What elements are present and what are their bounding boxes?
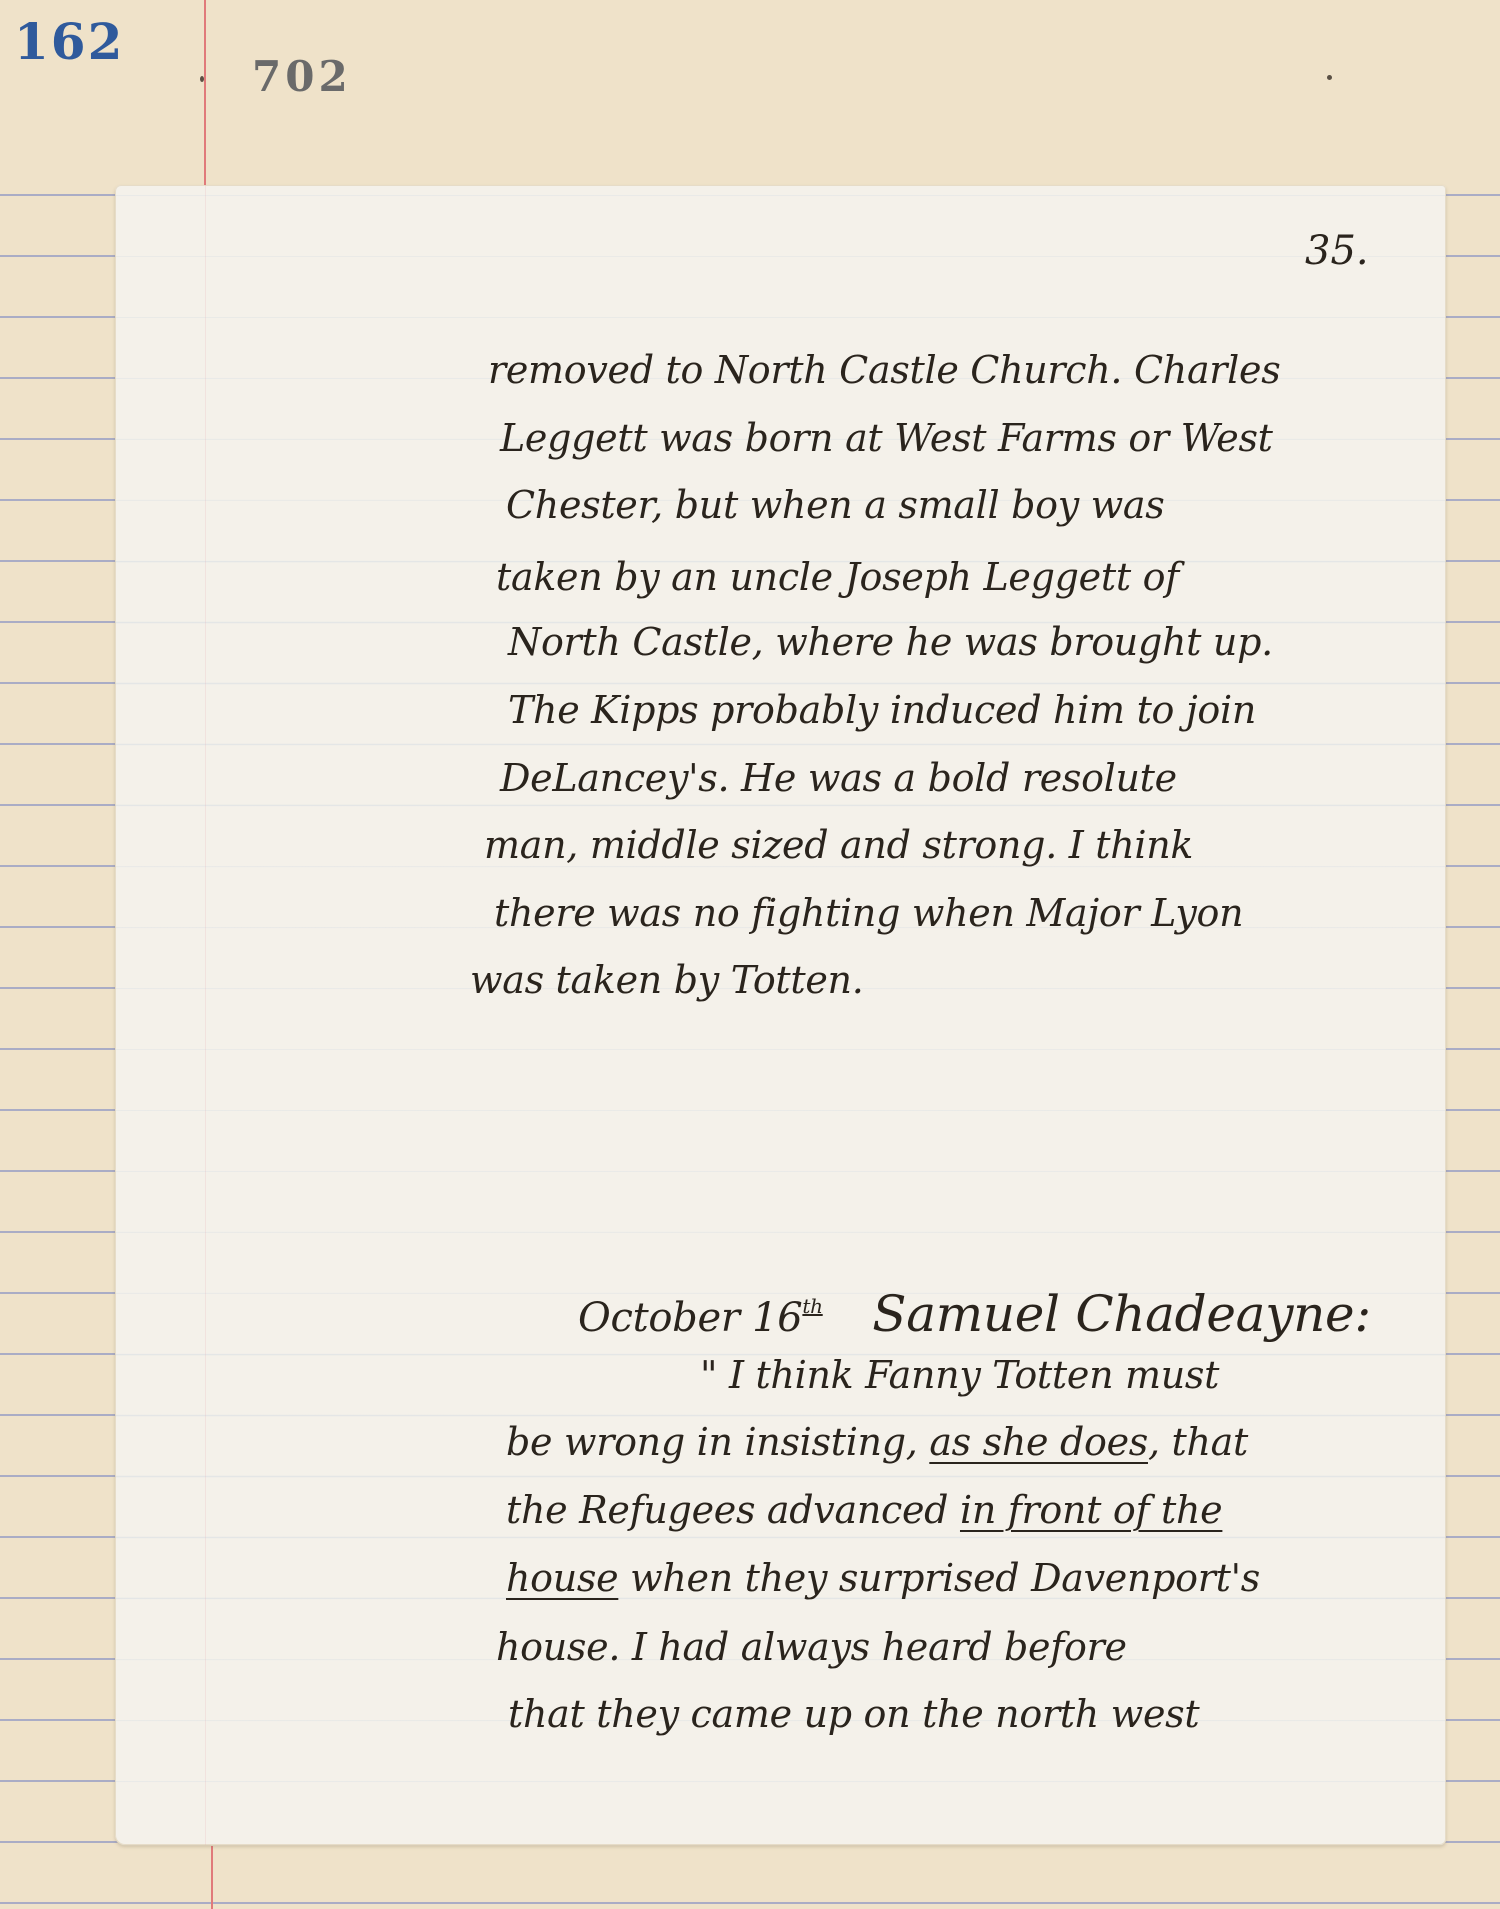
entry-date-ordinal: th <box>802 1294 822 1318</box>
underlined-text: as she does <box>929 1420 1148 1464</box>
paper-speck <box>1327 75 1332 80</box>
text-line: be wrong in insisting, as she does, that <box>506 1412 1248 1473</box>
text-line: house when they surprised Davenport's <box>506 1548 1260 1609</box>
text-span: when they surprised Davenport's <box>618 1556 1260 1600</box>
underlined-text: house <box>506 1556 618 1600</box>
text-line: North Castle, where he was brought up. <box>508 612 1273 673</box>
text-line: the Refugees advanced in front of the <box>506 1480 1222 1541</box>
ledger-stamp-number-blue: 162 <box>14 12 124 71</box>
sheet-faint-margin-line <box>205 185 206 1845</box>
text-span: , that <box>1148 1420 1248 1464</box>
text-line: house. I had always heard before <box>496 1617 1127 1678</box>
manuscript-page-number: 35. <box>1305 228 1369 274</box>
text-span: the Refugees advanced <box>506 1488 960 1532</box>
text-line: taken by an uncle Joseph Leggett of <box>496 547 1179 608</box>
entry-date: October 16 <box>578 1295 802 1341</box>
ledger-red-margin-line-bottom <box>211 1845 213 1909</box>
ledger-top-blank-area <box>0 0 1500 190</box>
entry-heading: October 16th Samuel Chadeayne: <box>578 1276 1371 1349</box>
text-line: Leggett was born at West Farms or West <box>500 408 1273 469</box>
text-line: " I think Fanny Totten must <box>700 1345 1219 1406</box>
text-line: removed to North Castle Church. Charles <box>488 340 1280 401</box>
ledger-red-margin-line-top <box>204 0 206 190</box>
text-line: The Kipps probably induced him to join <box>508 680 1256 741</box>
underlined-text: in front of the <box>960 1488 1222 1532</box>
paper-speck <box>200 76 204 82</box>
text-line: there was no fighting when Major Lyon <box>494 883 1243 944</box>
entry-person-name: Samuel Chadeayne: <box>872 1285 1371 1343</box>
text-span: be wrong in insisting, <box>506 1420 929 1464</box>
text-line: was taken by Totten. <box>470 950 863 1011</box>
text-line: that they came up on the north west <box>508 1684 1199 1745</box>
text-line: man, middle sized and strong. I think <box>484 815 1193 876</box>
text-line: DeLancey's. He was a bold resolute <box>500 748 1177 809</box>
text-line: Chester, but when a small boy was <box>506 475 1164 536</box>
ledger-stamp-number-black: 702 <box>252 52 352 101</box>
